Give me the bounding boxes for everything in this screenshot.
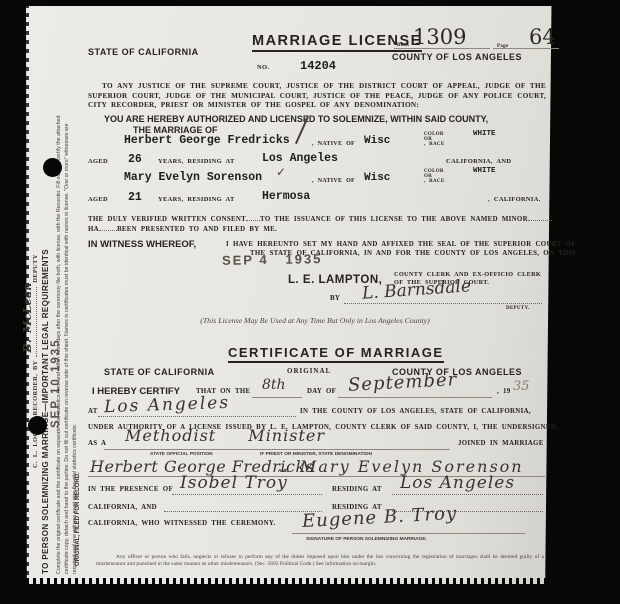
groom-native-label: , NATIVE OF xyxy=(312,141,355,147)
joined-label: JOINED IN MARRIAGE xyxy=(458,440,544,447)
witness-body-1: I HAVE HEREUNTO SET MY HAND AND AFFIXED … xyxy=(226,241,576,248)
bride-name-typed: Mary Evelyn Sorenson xyxy=(124,171,262,184)
scanned-marriage-license-document: C. L. LOGAN, RECORDER, BY B. McLean DEPU… xyxy=(0,0,620,604)
consent-text-1: THE DULY VERIFIED WRITTEN CONSENT xyxy=(88,216,246,223)
witness-name-handwritten: Isobel Troy xyxy=(180,473,288,493)
deputy-label: DEPUTY. xyxy=(506,306,529,311)
margin-filed-date-stamp: SEP 10 1935 xyxy=(50,328,62,428)
margin-title: TO PERSON SOLEMNIZING MARRIAGE—IMPORTANT… xyxy=(41,112,50,574)
bride-age: 21 xyxy=(128,191,142,204)
groom-native-value: Wisc xyxy=(364,135,390,147)
license-county: COUNTY OF LOS ANGELES xyxy=(392,52,522,62)
witness-residence-handwritten: Los Angeles xyxy=(400,473,515,493)
witnessed-line: CALIFORNIA, WHO WITNESSED THE CEREMONY. xyxy=(88,520,276,527)
bride-color-race-label: COLOR OR , RACE xyxy=(424,169,444,184)
license-number: 14204 xyxy=(300,59,336,73)
license-no-label: NO. xyxy=(257,64,269,71)
book-number: 1309 xyxy=(413,25,466,49)
as-a-label: AS A xyxy=(88,440,106,447)
consent-line-1: THE DULY VERIFIED WRITTEN CONSENTTO THE … xyxy=(88,214,552,223)
bride-city: Hermosa xyxy=(262,190,310,203)
groom-age: 26 xyxy=(128,153,142,166)
perforated-bottom-edge xyxy=(26,578,547,585)
residing-at-label: RESIDING AT xyxy=(332,486,382,493)
consent-blank-1 xyxy=(246,214,260,221)
margin-recorder-signature-line: B. McLean xyxy=(30,287,37,357)
license-state: STATE OF CALIFORNIA xyxy=(88,47,199,57)
consent-text-3: HA xyxy=(88,226,99,233)
groom-name-typed: Herbert George Fredricks xyxy=(124,134,290,147)
consent-blank-3 xyxy=(99,224,117,231)
consent-blank-2 xyxy=(528,214,552,221)
groom-color-race-label: COLOR OR , RACE xyxy=(424,132,444,147)
authorization-line-1: YOU ARE HEREBY AUTHORIZED AND LICENSED T… xyxy=(104,114,488,124)
groom-aged-label: AGED xyxy=(88,158,108,165)
presence-label: IN THE PRESENCE OF xyxy=(88,486,173,493)
groom-city: Los Angeles xyxy=(262,152,338,165)
consent-text-2: TO THE ISSUANCE OF THIS LICENSE TO THE A… xyxy=(260,216,528,223)
original-label: ORIGINAL xyxy=(287,367,331,375)
pen-check-mark: ✓ xyxy=(276,165,286,180)
bride-state-tail: , CALIFORNIA. xyxy=(488,196,541,203)
consent-text-4: BEEN PRESENTED TO AND FILED BY ME. xyxy=(117,226,277,233)
certificate-title: CERTIFICATE OF MARRIAGE xyxy=(228,345,444,363)
county-line: IN THE COUNTY OF LOS ANGELES, STATE OF C… xyxy=(300,408,531,415)
official-position-handwritten: Methodist Minister xyxy=(125,426,325,445)
license-validity-note: (This License May Be Used at Any Time Bu… xyxy=(160,316,470,325)
california-and-label: CALIFORNIA, AND xyxy=(88,504,157,511)
bride-native-value: Wisc xyxy=(364,172,390,184)
addressee-paragraph: TO ANY JUSTICE OF THE SUPREME COURT, JUS… xyxy=(88,82,546,111)
signature-caption: SIGNATURE OF PERSON SOLEMNIZING MARRIAGE… xyxy=(306,537,427,542)
punch-hole-top xyxy=(43,158,62,177)
groom-state-tail: CALIFORNIA, AND xyxy=(446,158,511,165)
margin-recorder-signature: B. McLean xyxy=(21,282,34,352)
consent-line-2: HABEEN PRESENTED TO AND FILED BY ME. xyxy=(88,224,277,233)
page-number: 64 xyxy=(529,25,556,49)
by-label: BY xyxy=(330,295,340,302)
margin-deputy-label: DEPUTY xyxy=(32,254,39,283)
footer-fine-print: Any officer or person who fails, neglect… xyxy=(96,554,544,568)
certificate-state: STATE OF CALIFORNIA xyxy=(104,367,215,377)
groom-race-value: WHITE xyxy=(473,130,496,138)
margin-filed-label: ORIGINAL, FILED FOR RECORD. xyxy=(75,426,81,566)
at-label: AT xyxy=(88,408,98,415)
ceremony-day-handwritten: 8th xyxy=(262,377,286,393)
bride-native-label: , NATIVE OF xyxy=(312,178,355,184)
year-printed: , 19 xyxy=(497,388,511,395)
bride-residing-label: YEARS, RESIDING AT xyxy=(158,196,235,203)
groom-residing-label: YEARS, RESIDING AT xyxy=(158,158,235,165)
witness-lead: IN WITNESS WHEREOF, xyxy=(88,239,196,250)
day-of-label: DAY OF xyxy=(307,388,336,395)
ceremony-year-handwritten: 35 xyxy=(513,379,530,394)
bride-race-value: WHITE xyxy=(473,167,496,175)
punch-hole-bottom xyxy=(28,416,47,435)
bride-aged-label: AGED xyxy=(88,196,108,203)
issue-date-stamp: SEP 4 1935 xyxy=(222,251,323,268)
margin-recorder-label: C. L. LOGAN, RECORDER, BY xyxy=(32,361,39,468)
